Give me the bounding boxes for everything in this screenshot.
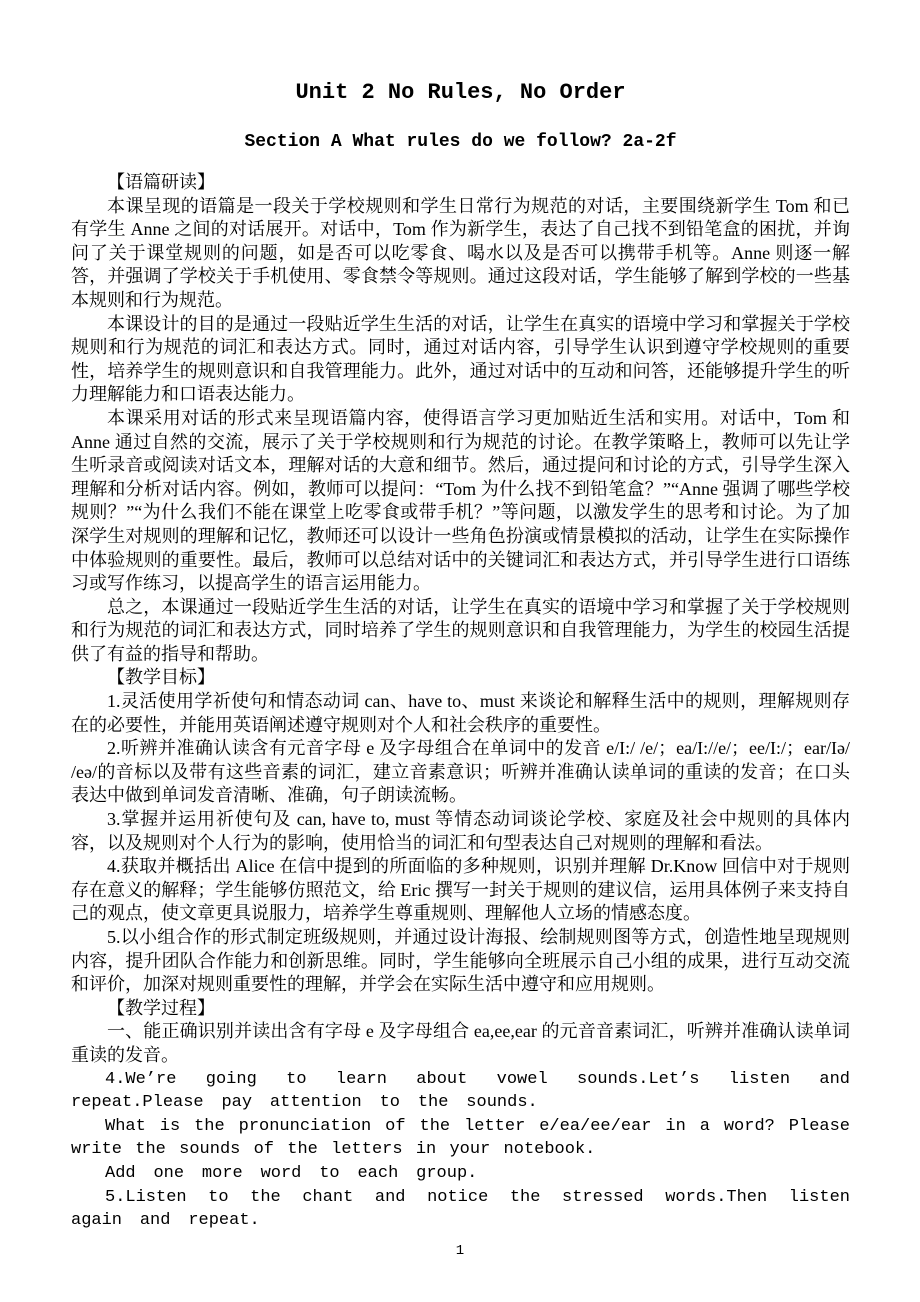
page-title: Unit 2 No Rules, No Order [71, 80, 850, 106]
section-heading: 【语篇研读】 [71, 171, 850, 195]
paragraph: 3.掌握并运用祈使句及 can, have to, must 等情态动词谈论学校… [71, 808, 850, 855]
paragraph: 本课采用对话的形式来呈现语篇内容，使得语言学习更加贴近生活和实用。对话中，Tom… [71, 407, 850, 596]
page-number: 1 [0, 1242, 920, 1260]
document-content: Unit 2 No Rules, No Order Section A What… [71, 0, 850, 1233]
paragraph: 4.获取并概括出 Alice 在信中提到的所面临的多种规则，识别并理解 Dr.K… [71, 855, 850, 926]
paragraph: 4.We’re going to learn about vowel sound… [71, 1068, 850, 1115]
paragraph: 5.Listen to the chant and notice the str… [71, 1186, 850, 1233]
paragraph: Add one more word to each group. [71, 1162, 850, 1186]
paragraph: 本课呈现的语篇是一段关于学校规则和学生日常行为规范的对话，主要围绕新学生 Tom… [71, 195, 850, 313]
paragraph: 1.灵活使用学祈使句和情态动词 can、have to、must 来谈论和解释生… [71, 690, 850, 737]
page-subtitle: Section A What rules do we follow? 2a-2f [71, 130, 850, 154]
paragraph: What is the pronunciation of the letter … [71, 1115, 850, 1162]
paragraph: 总之，本课通过一段贴近学生生活的对话，让学生在真实的语境中学习和掌握了关于学校规… [71, 596, 850, 667]
paragraph: 2.听辨并准确认读含有元音字母 e 及字母组合在单词中的发音 e/I:/ /e/… [71, 737, 850, 808]
section-heading: 【教学过程】 [71, 997, 850, 1021]
section-heading: 【教学目标】 [71, 666, 850, 690]
paragraph: 一、能正确识别并读出含有字母 e 及字母组合 ea,ee,ear 的元音音素词汇… [71, 1020, 850, 1067]
paragraph: 5.以小组合作的形式制定班级规则，并通过设计海报、绘制规则图等方式，创造性地呈现… [71, 926, 850, 997]
document-page: Unit 2 No Rules, No Order Section A What… [0, 0, 920, 1302]
paragraph: 本课设计的目的是通过一段贴近学生生活的对话，让学生在真实的语境中学习和掌握关于学… [71, 313, 850, 407]
